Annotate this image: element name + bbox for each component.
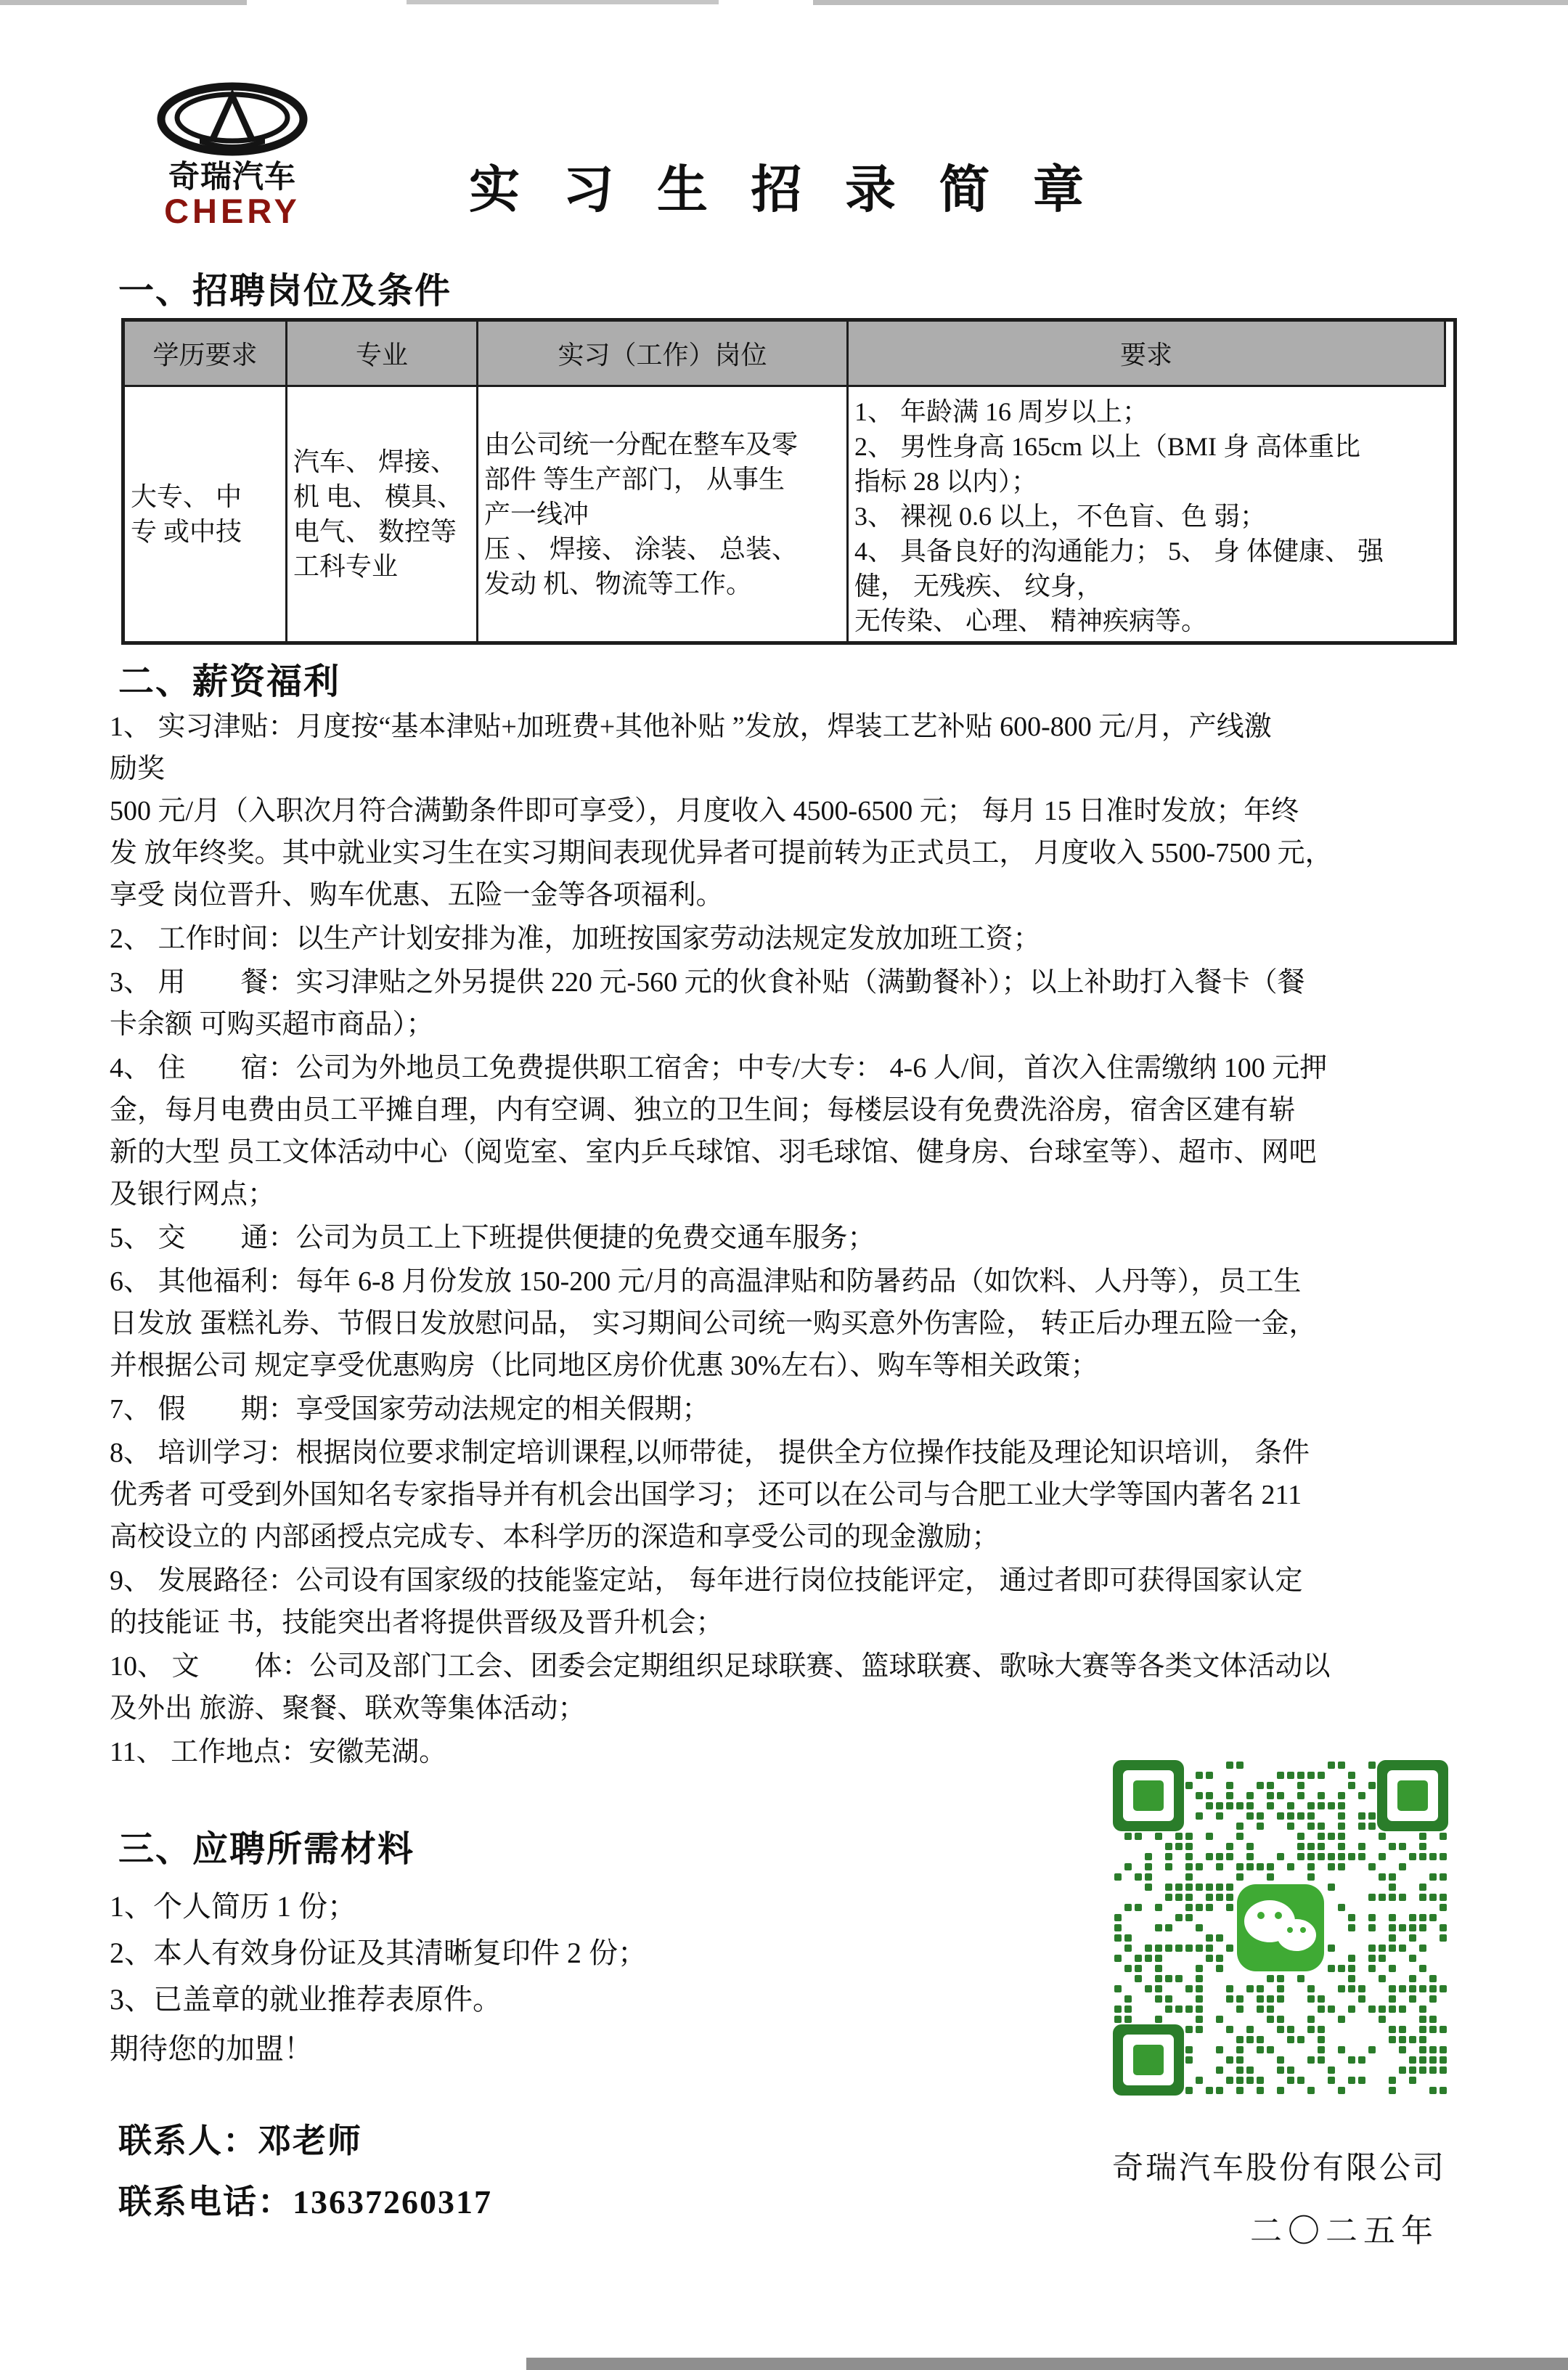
benefit-item: 5、 交 通：公司为员工上下班提供便捷的免费交通车服务； [110,1217,1464,1259]
contact-phone-line: 联系电话：13637260317 [118,2175,492,2223]
wechat-qr-icon [1113,1760,1448,2096]
table-header-major: 专业 [287,322,478,387]
material-item: 2、本人有效身份证及其清晰复印件 2 份； [110,1930,1126,1976]
benefit-item: 8、 培训学习：根据岗位要求制定培训课程,以师带徒， 提供全方位操作技能及理论知… [110,1432,1464,1558]
scan-artifact [0,0,247,5]
scan-artifact [407,0,719,4]
qr-code [1113,1760,1448,2096]
section3-heading: 三、应聘所需材料 [118,1821,415,1872]
document-page: 奇瑞汽车 CHERY 实 习 生 招 录 简 章 一、招聘岗位及条件 学历要求 … [0,0,1568,2370]
recruit-table: 学历要求 专业 实习（工作）岗位 要求 大专、 中 专 或中技 汽车、 焊接、 … [121,318,1457,645]
benefit-item: 10、 文 体：公司及部门工会、团委会定期组织足球联赛、篮球联赛、歌咏大赛等各类… [110,1645,1464,1730]
benefit-item: 1、 实习津贴：月度按“基本津贴+加班费+其他补贴 ”发放，焊装工艺补贴 600… [110,706,1464,916]
section2-heading: 二、薪资福利 [118,653,340,704]
table-cell-education: 大专、 中 专 或中技 [125,387,287,641]
material-item: 1、个人简历 1 份； [110,1884,1126,1930]
benefits-list: 1、 实习津贴：月度按“基本津贴+加班费+其他补贴 ”发放，焊装工艺补贴 600… [110,706,1464,1775]
table-header-education: 学历要求 [125,322,287,387]
table-header-position: 实习（工作）岗位 [478,322,849,387]
contact-name-value: 邓老师 [258,2122,362,2159]
benefit-item: 9、 发展路径：公司设有国家级的技能鉴定站， 每年进行岗位技能评定， 通过者即可… [110,1560,1464,1644]
benefit-item: 2、 工作时间：以生产计划安排为准，加班按国家劳动法规定发放加班工资； [110,918,1464,960]
section1-heading: 一、招聘岗位及条件 [118,263,452,314]
chery-emblem-icon [155,81,310,157]
company-name: 奇瑞汽车股份有限公司 [1112,2143,1446,2188]
table-cell-major: 汽车、 焊接、 机 电、 模具、 电气、 数控等 工科专业 [287,387,478,641]
closing-line: 期待您的加盟！ [110,2026,313,2067]
table-header-requirements: 要求 [849,322,1446,387]
table-cell-position: 由公司统一分配在整车及零 部件 等生产部门， 从事生 产一线冲 压 、 焊接、 … [478,387,849,641]
contact-phone-label: 联系电话： [118,2183,293,2220]
contact-name-label: 联系人： [118,2122,258,2159]
contact-name-line: 联系人：邓老师 [118,2114,362,2162]
benefit-item: 3、 用 餐：实习津贴之外另提供 220 元-560 元的伙食补贴（满勤餐补）；… [110,961,1464,1046]
contact-phone-value: 13637260317 [293,2183,492,2220]
scan-artifact [813,0,1568,5]
benefit-item: 6、 其他福利：每年 6-8 月份发放 150-200 元/月的高温津贴和防暑药… [110,1261,1464,1387]
page-title: 实 习 生 招 录 简 章 [0,149,1568,222]
benefit-item: 7、 假 期：享受国家劳动法规定的相关假期； [110,1388,1464,1430]
materials-list: 1、个人简历 1 份；2、本人有效身份证及其清晰复印件 2 份；3、已盖章的就业… [110,1884,1126,2023]
benefit-item: 4、 住 宿：公司为外地员工免费提供职工宿舍；中专/大专： 4-6 人/间，首次… [110,1047,1464,1215]
scan-artifact [526,2358,1568,2370]
material-item: 3、已盖章的就业推荐表原件。 [110,1976,1126,2023]
table-cell-requirements: 1、 年龄满 16 周岁以上； 2、 男性身高 165cm 以上（BMI 身 高… [849,387,1446,641]
document-year: 二〇二五年 [1250,2204,1439,2251]
